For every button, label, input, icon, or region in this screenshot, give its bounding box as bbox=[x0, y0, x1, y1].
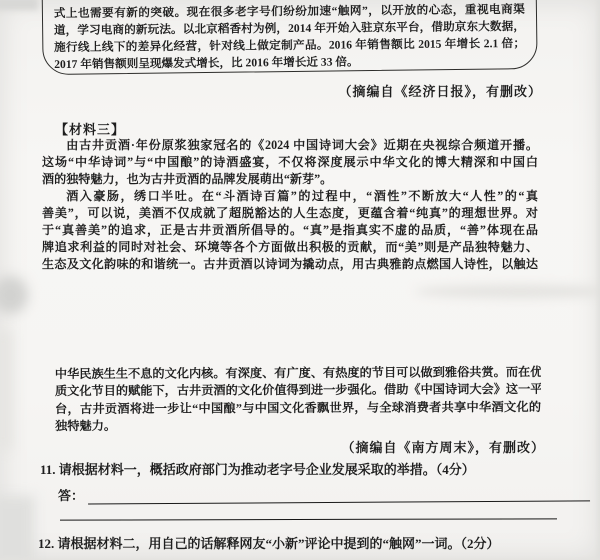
scan-shadow-seam-left bbox=[0, 276, 28, 314]
scanned-exam-page: 式上也需要有新的突破。现在很多老字号们纷纷加速“触网”，以开放的心态，重视电商渠… bbox=[0, 0, 600, 560]
passage-line: 于“真善美”的追求，正是古井贡酒所倡导的。“真”是指真实不虚的品质，“善”体现在… bbox=[42, 222, 538, 239]
answer-label: 答： bbox=[58, 485, 84, 504]
passage-line: 这场“中华诗词”与“中国酿”的诗酒盛宴，不仅将深度展示中华文化的博大精深和中国白 bbox=[42, 154, 538, 171]
source-attribution-southern-weekly: （摘编自《南方周末》，有删改） bbox=[0, 437, 545, 456]
passage-line: 中华民族生生不息的文化内核。有深度、有广度、有热度的节目可以做到雅俗共赏。而在优 bbox=[55, 364, 541, 383]
material-three-paragraph-3: 中华民族生生不息的文化内核。有深度、有广度、有热度的节目可以做到雅俗共赏。而在优… bbox=[55, 364, 541, 435]
scan-shadow-bottom-edge bbox=[0, 555, 600, 560]
scan-shadow-seam bbox=[415, 285, 600, 298]
passage-line: 善美”，可以说，美酒不仅成就了超脱豁达的人生态度，更蕴含着“纯真”的理想世界。对 bbox=[42, 205, 538, 222]
passage-line: 生态及文化韵味的和谐统一。古井贡酒以诗词为撬动点，用古典雅韵点燃国人诗性，以触达 bbox=[42, 256, 538, 273]
passage-line: 质文化节目的赋能下，古井贡酒的文化价值得到进一步强化。借助《中国诗词大会》这一平 bbox=[55, 381, 541, 400]
passage-line: 独特魅力。 bbox=[55, 416, 541, 435]
answer-blank-line-2 bbox=[60, 518, 557, 520]
answer-row-question-11: 答： bbox=[58, 483, 590, 504]
passage-line: 酒的独特魅力，也为古井贡酒的品牌发展萌出“新芽”。 bbox=[42, 171, 538, 188]
material-two-passage: 式上也需要有新的突破。现在很多老字号们纷纷加速“触网”，以开放的心态，重视电商渠… bbox=[54, 1, 526, 73]
question-12: 12. 请根据材料二，用自己的话解释网友“小新”评论中提到的“触网”一词。（2分… bbox=[38, 533, 590, 552]
scan-shadow-mid-left bbox=[0, 330, 12, 450]
material-three-heading: 【材料三】 bbox=[55, 119, 125, 138]
scan-shadow-bottom-left bbox=[0, 496, 34, 560]
passage-line: 由古井贡酒·年份原浆独家冠名的《2024 中国诗词大会》近期在央视综合频道开播。 bbox=[42, 137, 538, 154]
answer-blank-line-1 bbox=[88, 484, 590, 504]
material-three-paragraph-1: 由古井贡酒·年份原浆独家冠名的《2024 中国诗词大会》近期在央视综合频道开播。… bbox=[42, 137, 538, 188]
passage-line: 酒入豪肠，绣口半吐。在“斗酒诗百篇”的过程中，“酒性”不断放大“人性”的“真 bbox=[42, 188, 538, 205]
passage-line: 牌追求利益的同时对社会、环境等各个方面做出积极的贡献，而“美”则是产品独特魅力、 bbox=[42, 239, 538, 256]
scan-shadow-top-left bbox=[0, 0, 38, 10]
material-three-paragraph-2: 酒入豪肠，绣口半吐。在“斗酒诗百篇”的过程中，“酒性”不断放大“人性”的“真 善… bbox=[42, 188, 538, 273]
source-attribution-economic-daily: （摘编自《经济日报》，有删改） bbox=[0, 81, 542, 100]
passage-line: 台，古井贡酒将进一步让“中国酿”与中国文化香飘世界，与全球消费者共享中华酒文化的 bbox=[55, 399, 541, 418]
scan-shadow-right-edge bbox=[594, 0, 600, 560]
question-11: 11. 请根据材料一，概括政府部门为推动老字号企业发展采取的举措。（4分） bbox=[40, 459, 580, 478]
